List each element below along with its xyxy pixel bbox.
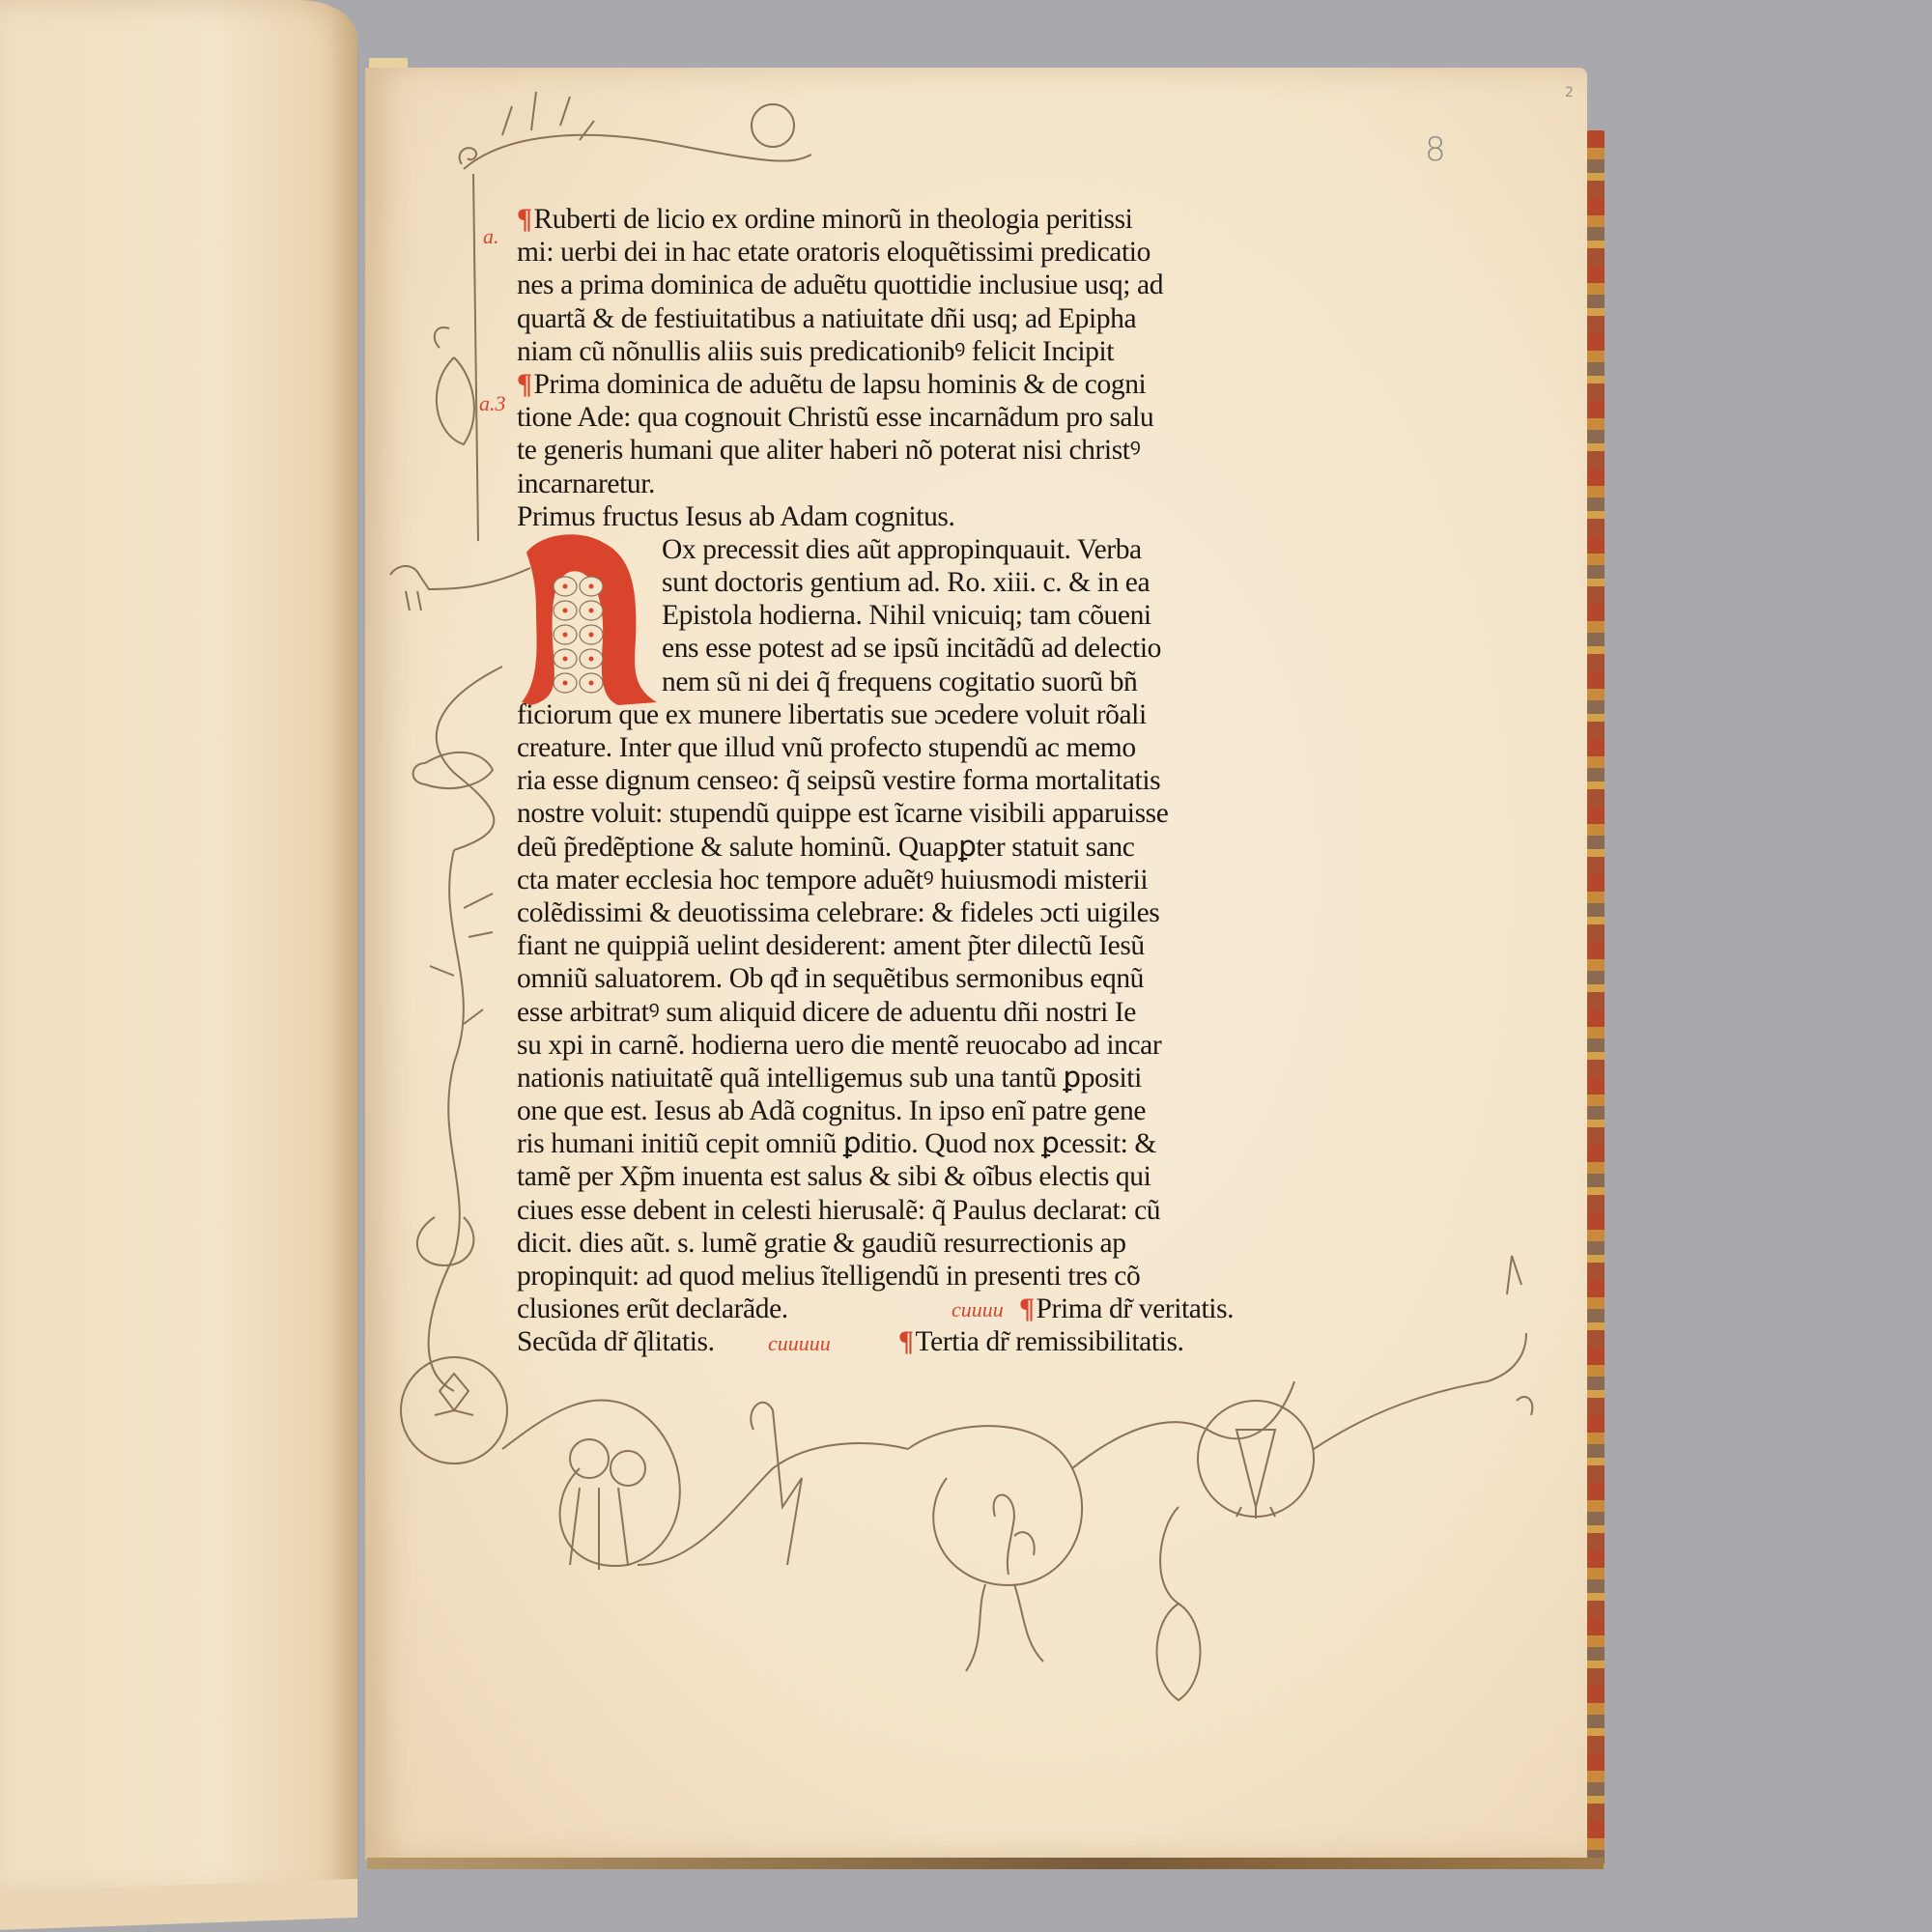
- folio-number: 8: [1425, 130, 1446, 169]
- text-line: ria esse dignum censeo: q̃ seipsũ vestir…: [517, 764, 1261, 797]
- text-line: ¶Prima dominica de aduẽtu de lapsu homin…: [517, 368, 1261, 401]
- paragraph-mark: ¶: [898, 1326, 914, 1357]
- text-line: nem sũ ni dei q̃ frequens cogitatio suor…: [517, 666, 1261, 698]
- text-line: mi: uerbi dei in hac etate oratoris eloq…: [517, 236, 1261, 269]
- text-line: tione Ade: qua cognouit Christũ esse inc…: [517, 401, 1261, 434]
- text-line: incarnaretur.: [517, 468, 1261, 500]
- text-line: colẽdissimi & deuotissima celebrare: & f…: [517, 896, 1261, 929]
- text-line: propinquit: ad quod melius ĩtelligendũ i…: [517, 1260, 1261, 1293]
- left-page: [0, 0, 357, 1898]
- paragraph-mark: ¶: [517, 369, 532, 400]
- text-line: ris humani initiũ cepit omniũ ꝑditio. Qu…: [517, 1127, 1261, 1160]
- paragraph-mark: ¶: [1019, 1293, 1035, 1324]
- text-line: omniũ saluatorem. Ob qđ in sequẽtibus se…: [517, 962, 1261, 995]
- text-line: Secũda dr̃ q̃litatis.¶Tertia dr̃ remissi…: [517, 1325, 1261, 1358]
- text-line: clusiones erũt declarãde.¶Prima dr̃ veri…: [517, 1293, 1261, 1325]
- text-line: Ox precessit dies aũt appropinquauit. Ve…: [517, 533, 1261, 566]
- paragraph-mark: ¶: [517, 204, 532, 235]
- margin-note: a.3: [479, 391, 506, 416]
- text-line: dicit. dies aũt. s. lumẽ gratie & gaudiũ…: [517, 1227, 1261, 1260]
- text-line: deũ p̃redẽptione & salute hominũ. Quapꝑt…: [517, 831, 1261, 864]
- text-line: niam cũ nõnullis aliis suis predicationi…: [517, 335, 1261, 368]
- text-line: esse arbitratꝰ sum aliquid dicere de adu…: [517, 996, 1261, 1029]
- text-line: cta mater ecclesia hoc tempore aduẽtꝰ hu…: [517, 864, 1261, 896]
- text-line: nostre voluit: stupendũ quippe est ĩcarn…: [517, 797, 1261, 830]
- text-line: ¶Ruberti de licio ex ordine minorũ in th…: [517, 203, 1261, 236]
- text-line: ens esse potest ad se ipsũ incitãdũ ad d…: [517, 632, 1261, 665]
- printed-text-block: ¶Ruberti de licio ex ordine minorũ in th…: [517, 203, 1261, 1359]
- text-line: quartã & de festiuitatibus a natiuitate …: [517, 302, 1261, 335]
- text-line: tamẽ per Xp̃m inuenta est salus & sibi &…: [517, 1160, 1261, 1193]
- text-line: creature. Inter que illud vnũ profecto s…: [517, 731, 1261, 764]
- text-line: fiant ne quippiã uelint desiderent: amen…: [517, 929, 1261, 962]
- corner-mark: 2: [1565, 85, 1574, 100]
- bottom-edge: [367, 1858, 1604, 1869]
- text-line: ficiorum que ex munere libertatis sue ɔc…: [517, 698, 1261, 731]
- text-line: nes a prima dominica de aduẽtu quottidie…: [517, 269, 1261, 301]
- section-heading: Primus fructus Iesus ab Adam cognitus.: [517, 500, 1261, 533]
- text-line: Epistola hodierna. Nihil vnicuiq; tam cõ…: [517, 599, 1261, 632]
- margin-note: a.: [483, 224, 499, 249]
- text-line: su xpi in carnẽ. hodierna uero die mentẽ…: [517, 1029, 1261, 1062]
- text-line: te generis humani que aliter haberi nõ p…: [517, 434, 1261, 467]
- text-line: ciues esse debent in celesti hierusalẽ: …: [517, 1194, 1261, 1227]
- text-line: sunt doctoris gentium ad. Ro. xiii. c. &…: [517, 566, 1261, 599]
- text-line: nationis natiuitatẽ quã intelligemus sub…: [517, 1062, 1261, 1094]
- conclusion-three: ¶Tertia dr̃ remissibilitatis.: [898, 1325, 1184, 1358]
- conclusion-one: ¶Prima dr̃ veritatis.: [1019, 1293, 1234, 1325]
- text-line: one que est. Iesus ab Adã cognitus. In i…: [517, 1094, 1261, 1127]
- marbled-fore-edge: [1587, 130, 1605, 1869]
